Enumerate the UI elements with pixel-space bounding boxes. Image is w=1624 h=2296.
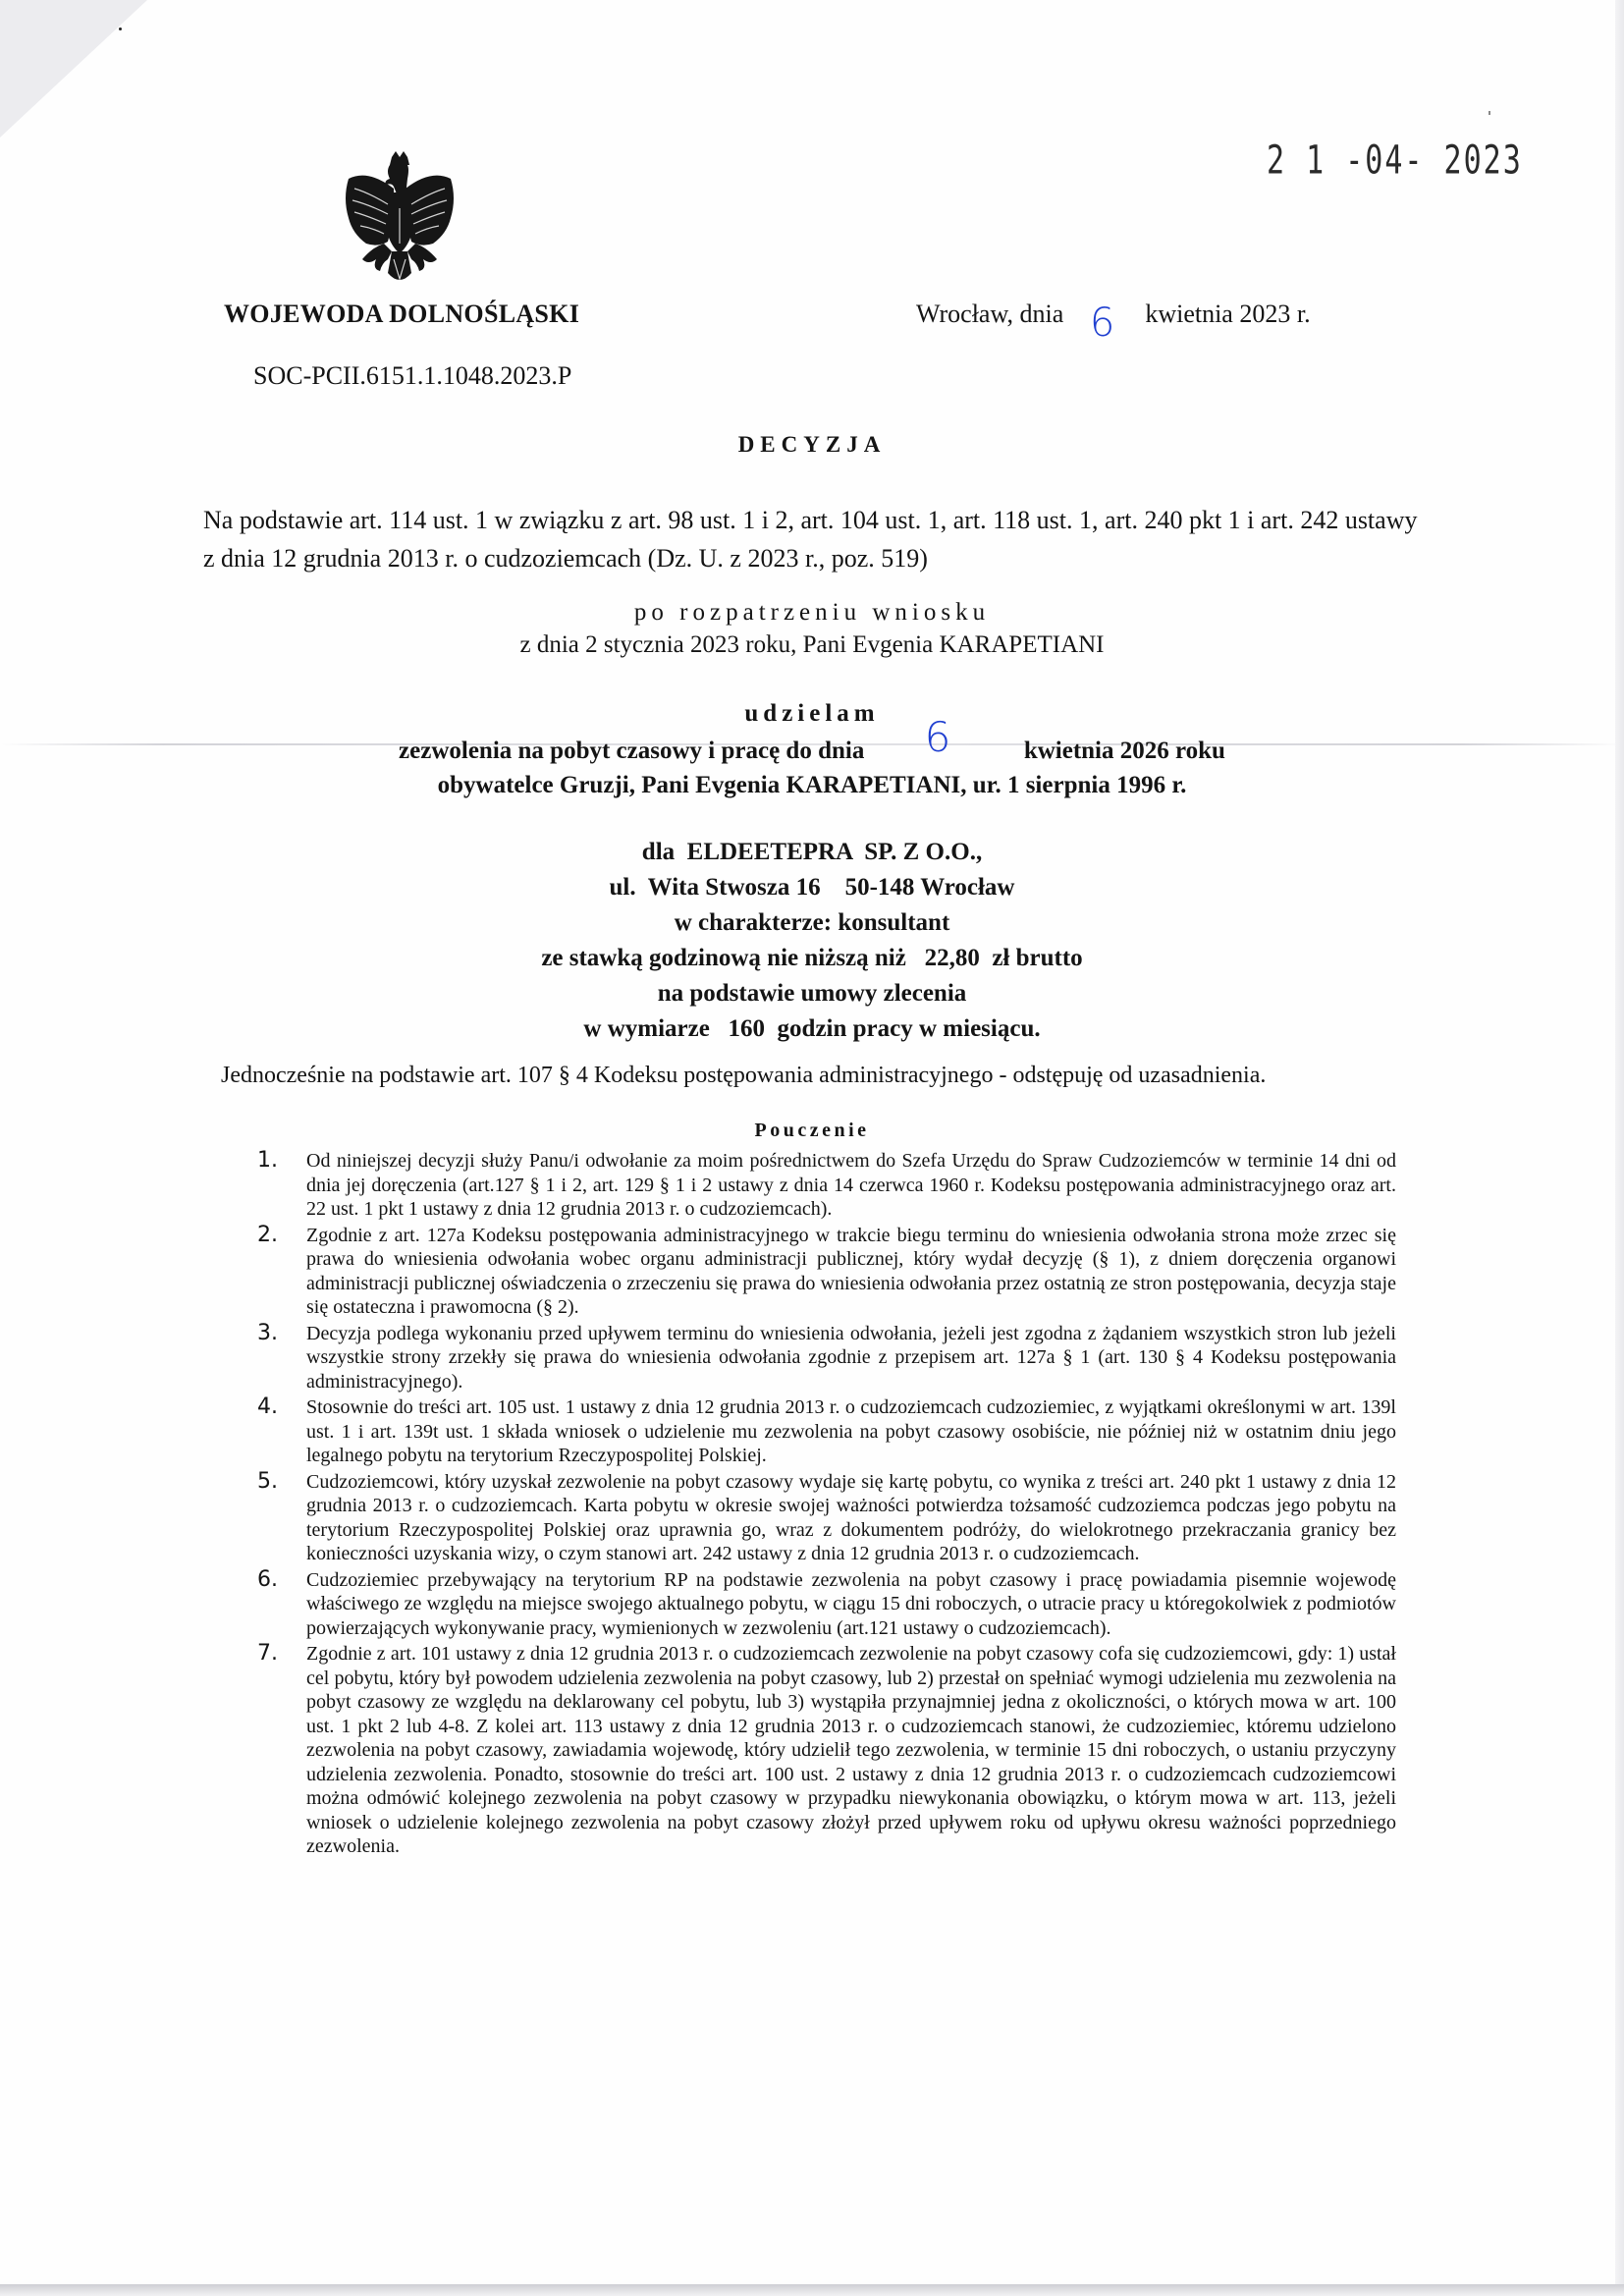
permit-validity-line: zezwolenia na pobyt czasowy i pracę do d… (0, 738, 1624, 765)
page-edge-right (1615, 0, 1624, 2296)
application-line: z dnia 2 stycznia 2023 roku, Pani Evgeni… (0, 631, 1624, 659)
handwritten-day-value: 6 (1090, 301, 1114, 346)
grant-heading: udzielam (0, 700, 1624, 728)
instruction-item: 2.Zgodnie z art. 127a Kodeksu postępowan… (257, 1224, 1396, 1320)
instruction-text: Cudzoziemiec przebywający na terytorium … (306, 1569, 1396, 1639)
instruction-text: Stosownie do treści art. 105 ust. 1 usta… (306, 1396, 1396, 1466)
after-review-heading: po rozpatrzeniu wniosku (0, 599, 1624, 627)
instruction-item: 7.Zgodnie z art. 101 ustawy z dnia 12 gr… (257, 1642, 1396, 1859)
permit-prefix: zezwolenia na pobyt czasowy i pracę do d… (399, 738, 864, 764)
permit-suffix: kwietnia 2026 roku (1024, 738, 1225, 764)
place-date-prefix: Wrocław, dnia (916, 300, 1063, 328)
employer-address: ul. Wita Stwosza 16 50-148 Wrocław (0, 870, 1624, 905)
case-number: SOC-PCII.6151.1.1048.2023.P (253, 361, 571, 391)
permit-holder-line: obywatelce Gruzji, Pani Evgenia KARAPETI… (0, 772, 1624, 799)
place-and-date: Wrocław, dnia 6 kwietnia 2023 r. (916, 300, 1311, 329)
legal-basis-paragraph: Na podstawie art. 114 ust. 1 w związku z… (203, 501, 1421, 577)
instruction-number: 2. (257, 1224, 278, 1248)
scan-speck (1489, 111, 1490, 115)
instruction-item: 4.Stosownie do treści art. 105 ust. 1 us… (257, 1395, 1396, 1468)
scan-speck (119, 27, 122, 30)
hourly-rate: ze stawką godzinową nie niższą niż 22,80… (0, 941, 1624, 976)
instruction-text: Zgodnie z art. 101 ustawy z dnia 12 grud… (306, 1643, 1396, 1857)
scanned-document-page: 2 1 -04- 2023 WOJEWODA DOLNOŚLĄSKI Wrocł… (0, 0, 1624, 2296)
instruction-number: 7. (257, 1642, 278, 1667)
instruction-item: 1.Od niniejszej decyzji służy Panu/i odw… (257, 1149, 1396, 1222)
instruction-item: 3.Decyzja podlega wykonaniu przed upływe… (257, 1322, 1396, 1394)
instruction-item: 6.Cudzoziemiec przebywający na terytoriu… (257, 1568, 1396, 1641)
instruction-text: Decyzja podlega wykonaniu przed upływem … (306, 1323, 1396, 1393)
received-date-stamp: 2 1 -04- 2023 (1267, 137, 1523, 184)
place-date-suffix: kwietnia 2023 r. (1145, 300, 1310, 328)
instruction-item: 5.Cudzoziemcowi, który uzyskał zezwoleni… (257, 1470, 1396, 1566)
justification-waiver: Jednocześnie na podstawie art. 107 § 4 K… (221, 1063, 1266, 1089)
handwritten-expiry-day-value: 6 (925, 713, 951, 761)
employee-role: w charakterze: konsultant (0, 905, 1624, 941)
instruction-number: 5. (257, 1470, 278, 1495)
contract-type: na podstawie umowy zlecenia (0, 976, 1624, 1011)
folded-corner (0, 0, 147, 137)
instruction-text: Cudzoziemcowi, który uzyskał zezwolenie … (306, 1471, 1396, 1565)
working-hours: w wymiarze 160 godzin pracy w miesiącu. (0, 1011, 1624, 1047)
instruction-text: Od niniejszej decyzji służy Panu/i odwoł… (306, 1150, 1396, 1220)
issuing-authority: WOJEWODA DOLNOŚLĄSKI (224, 300, 579, 329)
instructions-list: 1.Od niniejszej decyzji służy Panu/i odw… (257, 1149, 1396, 1861)
instruction-text: Zgodnie z art. 127a Kodeksu postępowania… (306, 1225, 1396, 1319)
employer-details: dla ELDEETEPRA SP. Z O.O., ul. Wita Stwo… (0, 835, 1624, 1047)
polish-eagle-emblem-icon (339, 149, 461, 292)
instruction-number: 1. (257, 1149, 278, 1174)
document-title: DECYZJA (0, 432, 1624, 458)
page-edge-bottom (0, 2284, 1624, 2296)
instruction-number: 4. (257, 1395, 278, 1420)
instruction-number: 3. (257, 1322, 278, 1346)
instructions-heading: Pouczenie (0, 1120, 1624, 1142)
instruction-number: 6. (257, 1568, 278, 1593)
handwritten-expiry-day: 6 (871, 738, 1018, 758)
employer-name: dla ELDEETEPRA SP. Z O.O., (0, 835, 1624, 870)
